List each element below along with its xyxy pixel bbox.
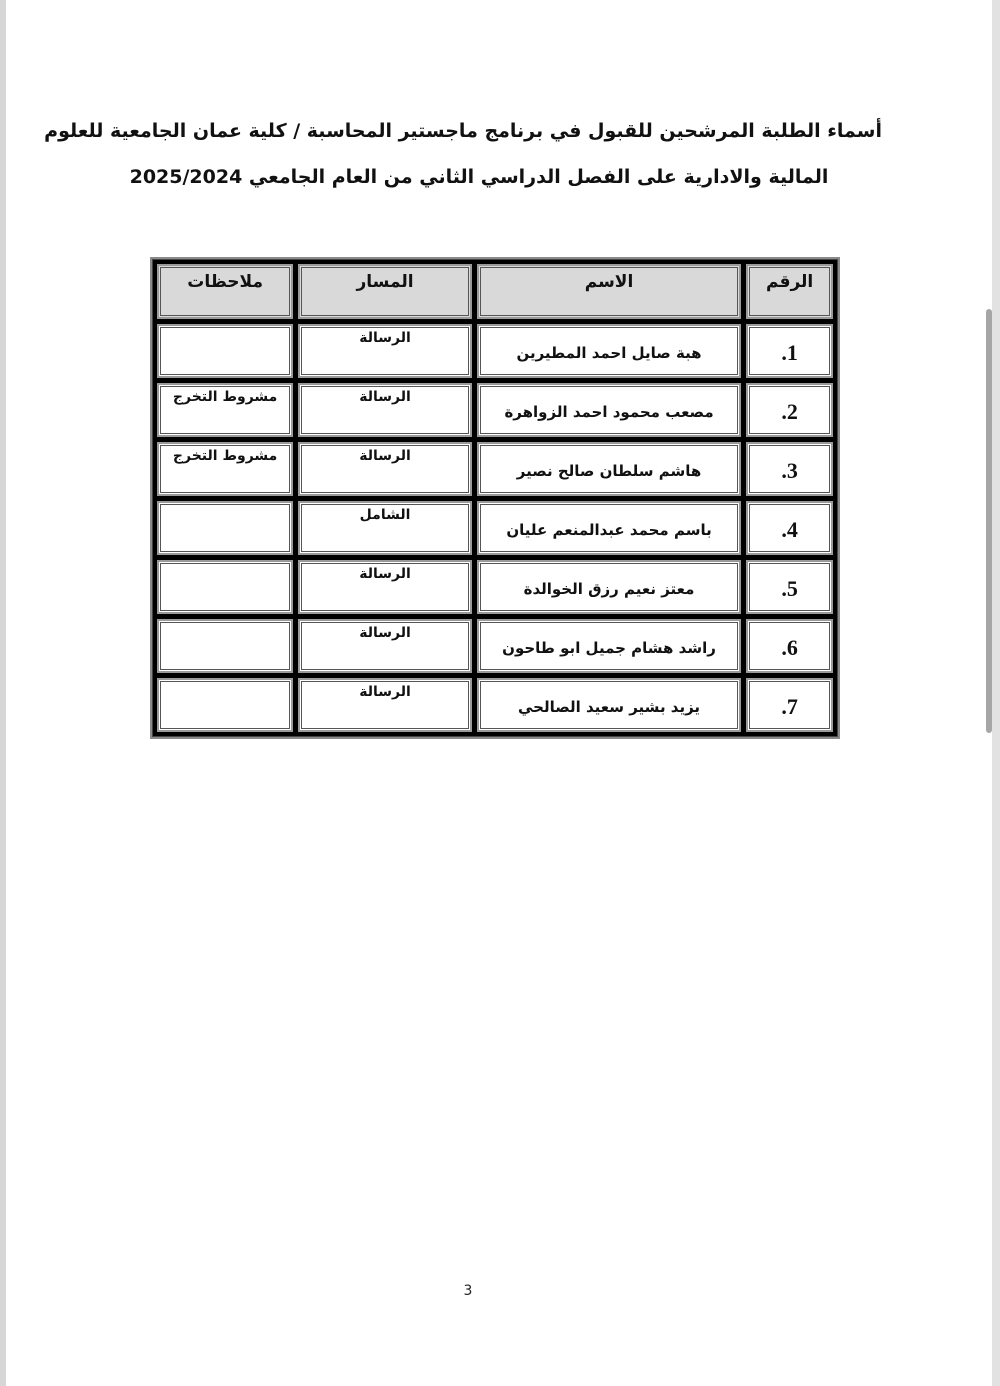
- row-track: الرسالة: [298, 324, 472, 378]
- row-name: يزيد بشير سعيد الصالحي: [477, 678, 741, 732]
- row-number: 7.: [746, 678, 833, 732]
- row-track: الشامل: [298, 501, 472, 555]
- candidates-table: الرقم الاسم المسار ملاحظات 1. هبة صايل ا…: [150, 257, 840, 739]
- table-row: 7. يزيد بشير سعيد الصالحي الرسالة: [157, 678, 833, 732]
- viewer-right-edge: [992, 0, 1000, 1386]
- table-row: 6. راشد هشام جميل ابو طاحون الرسالة: [157, 619, 833, 673]
- row-notes: [157, 619, 293, 673]
- row-notes: [157, 560, 293, 614]
- row-track: الرسالة: [298, 678, 472, 732]
- title-line-2: المالية والادارية على الفصل الدراسي الثا…: [76, 154, 882, 200]
- row-number: 1.: [746, 324, 833, 378]
- row-notes: [157, 324, 293, 378]
- title-line-1: أسماء الطلبة المرشحين للقبول في برنامج م…: [76, 108, 882, 154]
- row-track: الرسالة: [298, 442, 472, 496]
- header-number: الرقم: [746, 264, 833, 319]
- row-notes: مشروط التخرج: [157, 442, 293, 496]
- document-page: أسماء الطلبة المرشحين للقبول في برنامج م…: [6, 0, 992, 1386]
- document-viewer: أسماء الطلبة المرشحين للقبول في برنامج م…: [0, 0, 1000, 1386]
- row-name: هاشم سلطان صالح نصير: [477, 442, 741, 496]
- row-number: 4.: [746, 501, 833, 555]
- page-number: 3: [458, 1283, 478, 1299]
- row-track: الرسالة: [298, 619, 472, 673]
- row-notes: مشروط التخرج: [157, 383, 293, 437]
- row-name: هبة صايل احمد المطيرين: [477, 324, 741, 378]
- row-number: 6.: [746, 619, 833, 673]
- table-header-row: الرقم الاسم المسار ملاحظات: [157, 264, 833, 319]
- header-name: الاسم: [477, 264, 741, 319]
- header-track: المسار: [298, 264, 472, 319]
- row-name: باسم محمد عبدالمنعم عليان: [477, 501, 741, 555]
- document-title: أسماء الطلبة المرشحين للقبول في برنامج م…: [76, 108, 882, 200]
- row-track: الرسالة: [298, 383, 472, 437]
- table-row: 4. باسم محمد عبدالمنعم عليان الشامل: [157, 501, 833, 555]
- row-notes: [157, 678, 293, 732]
- header-notes: ملاحظات: [157, 264, 293, 319]
- row-notes: [157, 501, 293, 555]
- vertical-scrollbar[interactable]: [986, 309, 992, 733]
- row-number: 3.: [746, 442, 833, 496]
- table-row: 2. مصعب محمود احمد الزواهرة الرسالة مشرو…: [157, 383, 833, 437]
- table-row: 1. هبة صايل احمد المطيرين الرسالة: [157, 324, 833, 378]
- row-name: مصعب محمود احمد الزواهرة: [477, 383, 741, 437]
- row-track: الرسالة: [298, 560, 472, 614]
- row-number: 2.: [746, 383, 833, 437]
- table-row: 3. هاشم سلطان صالح نصير الرسالة مشروط ال…: [157, 442, 833, 496]
- table-row: 5. معتز نعيم رزق الخوالدة الرسالة: [157, 560, 833, 614]
- row-name: راشد هشام جميل ابو طاحون: [477, 619, 741, 673]
- row-name: معتز نعيم رزق الخوالدة: [477, 560, 741, 614]
- row-number: 5.: [746, 560, 833, 614]
